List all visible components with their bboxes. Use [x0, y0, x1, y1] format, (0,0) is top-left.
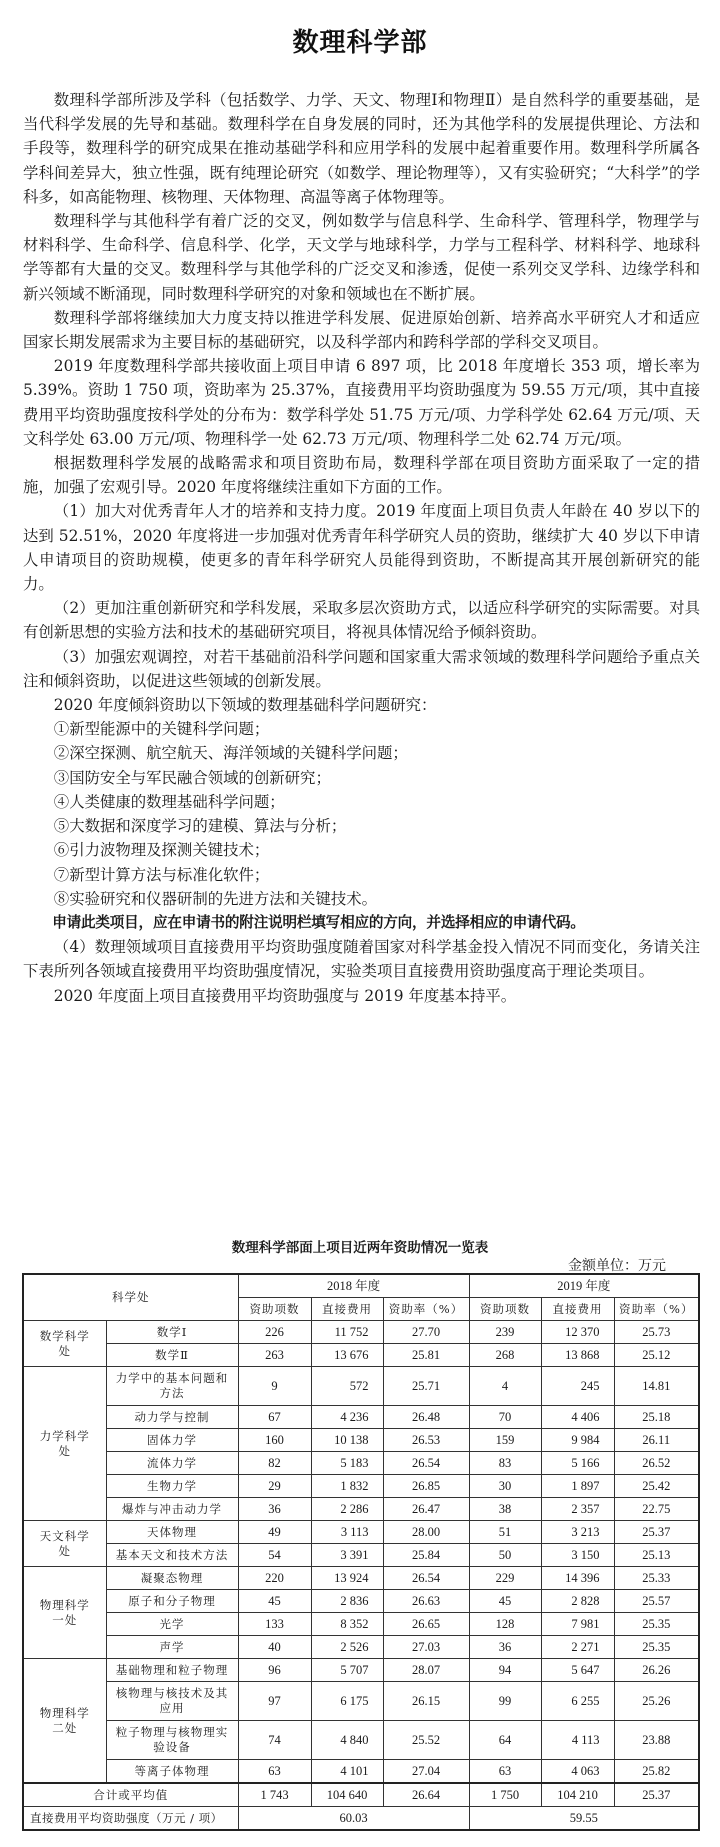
value-cell: 4: [469, 1367, 541, 1406]
value-cell: 2 828: [541, 1590, 614, 1613]
table-row: 天文科学处天体物理493 11328.00513 21325.37: [23, 1521, 699, 1544]
value-cell: 64: [469, 1721, 541, 1760]
division-cell: 数学科学处: [23, 1321, 106, 1367]
paragraph: 根据数理科学发展的战略需求和项目资助布局，数理科学部在项目资助方面采取了一定的措…: [23, 451, 700, 499]
header-year-2019: 2019 年度: [469, 1274, 699, 1298]
value-cell: 94: [469, 1659, 541, 1682]
header-division: 科学处: [23, 1274, 238, 1321]
list-item: ④人类健康的数理基础科学问题；: [23, 790, 700, 814]
value-cell: 5 707: [311, 1659, 383, 1682]
division-cell: 物理科学二处: [23, 1659, 106, 1784]
list-item: ③国防安全与军民融合领域的创新研究；: [23, 766, 700, 790]
value-cell: 263: [238, 1344, 311, 1367]
list-item: 2020 年度倾斜资助以下领域的数理基础科学问题研究：: [23, 693, 700, 717]
value-cell: 26.11: [614, 1429, 699, 1452]
value-cell: 28.07: [383, 1659, 469, 1682]
total-label: 合计或平均值: [23, 1783, 238, 1807]
value-cell: 26.47: [383, 1498, 469, 1521]
discipline-cell: 天体物理: [106, 1521, 238, 1544]
value-cell: 54: [238, 1544, 311, 1567]
value-cell: 29: [238, 1475, 311, 1498]
table-row: 物理科学二处基础物理和粒子物理965 70728.07945 64726.26: [23, 1659, 699, 1682]
discipline-cell: 流体力学: [106, 1452, 238, 1475]
value-cell: 239: [469, 1321, 541, 1344]
value-cell: 82: [238, 1452, 311, 1475]
value-cell: 27.70: [383, 1321, 469, 1344]
value-cell: 1 897: [541, 1475, 614, 1498]
table-row: 流体力学825 18326.54835 16626.52: [23, 1452, 699, 1475]
value-cell: 96: [238, 1659, 311, 1682]
table-row: 数学科学处数学Ⅰ22611 75227.7023912 37025.73: [23, 1321, 699, 1344]
value-cell: 220: [238, 1567, 311, 1590]
table-row: 爆炸与冲击动力学362 28626.47382 35722.75: [23, 1498, 699, 1521]
intensity-2018: 60.03: [238, 1807, 469, 1831]
value-cell: 2 286: [311, 1498, 383, 1521]
paragraph: 数理科学部所涉及学科（包括数学、力学、天文、物理Ⅰ和物理Ⅱ）是自然科学的重要基础…: [23, 88, 700, 209]
value-cell: 5 166: [541, 1452, 614, 1475]
value-cell: 26.26: [614, 1659, 699, 1682]
discipline-cell: 基本天文和技术方法: [106, 1544, 238, 1567]
value-cell: 2 836: [311, 1590, 383, 1613]
table-row: 声学402 52627.03362 27125.35: [23, 1636, 699, 1659]
value-cell: 36: [238, 1498, 311, 1521]
discipline-cell: 粒子物理与核物理实验设备: [106, 1721, 238, 1760]
value-cell: 63: [469, 1760, 541, 1784]
total-value: 26.64: [383, 1783, 469, 1807]
value-cell: 3 391: [311, 1544, 383, 1567]
header-col: 直接费用: [541, 1298, 614, 1321]
value-cell: 25.81: [383, 1344, 469, 1367]
value-cell: 23.88: [614, 1721, 699, 1760]
header-col: 直接费用: [311, 1298, 383, 1321]
list-item: ⑤大数据和深度学习的建模、算法与分析；: [23, 814, 700, 838]
value-cell: 6 255: [541, 1682, 614, 1721]
header-col: 资助率（%）: [614, 1298, 699, 1321]
discipline-cell: 数学Ⅰ: [106, 1321, 238, 1344]
value-cell: 4 840: [311, 1721, 383, 1760]
value-cell: 5 183: [311, 1452, 383, 1475]
discipline-cell: 等离子体物理: [106, 1760, 238, 1784]
value-cell: 25.26: [614, 1682, 699, 1721]
table-row: 数学Ⅱ26313 67625.8126813 86825.12: [23, 1344, 699, 1367]
discipline-cell: 原子和分子物理: [106, 1590, 238, 1613]
table-title: 数理科学部面上项目近两年资助情况一览表: [0, 1236, 720, 1256]
value-cell: 26.65: [383, 1613, 469, 1636]
value-cell: 3 150: [541, 1544, 614, 1567]
value-cell: 25.18: [614, 1406, 699, 1429]
value-cell: 27.04: [383, 1760, 469, 1784]
table-header-row: 科学处 2018 年度 2019 年度: [23, 1274, 699, 1298]
list-item: ⑦新型计算方法与标准化软件；: [23, 863, 700, 887]
paragraph: （1）加大对优秀青年人才的培养和支持力度。2019 年度面上项目负责人年龄在 4…: [23, 499, 700, 596]
discipline-cell: 固体力学: [106, 1429, 238, 1452]
value-cell: 8 352: [311, 1613, 383, 1636]
paragraph: （3）加强宏观调控，对若干基础前沿科学问题和国家重大需求领域的数理科学问题给予重…: [23, 645, 700, 693]
value-cell: 7 981: [541, 1613, 614, 1636]
value-cell: 25.73: [614, 1321, 699, 1344]
value-cell: 97: [238, 1682, 311, 1721]
division-cell: 天文科学处: [23, 1521, 106, 1567]
discipline-cell: 核物理与核技术及其应用: [106, 1682, 238, 1721]
value-cell: 27.03: [383, 1636, 469, 1659]
value-cell: 26.54: [383, 1452, 469, 1475]
list-item: ①新型能源中的关键科学问题；: [23, 717, 700, 741]
value-cell: 25.33: [614, 1567, 699, 1590]
table-row: 原子和分子物理452 83626.63452 82825.57: [23, 1590, 699, 1613]
value-cell: 25.57: [614, 1590, 699, 1613]
value-cell: 245: [541, 1367, 614, 1406]
value-cell: 14.81: [614, 1367, 699, 1406]
list-item: ⑥引力波物理及探测关键技术；: [23, 838, 700, 862]
header-col: 资助项数: [238, 1298, 311, 1321]
value-cell: 50: [469, 1544, 541, 1567]
header-col: 资助率（%）: [383, 1298, 469, 1321]
value-cell: 11 752: [311, 1321, 383, 1344]
total-value: 25.37: [614, 1783, 699, 1807]
value-cell: 4 101: [311, 1760, 383, 1784]
value-cell: 4 113: [541, 1721, 614, 1760]
discipline-cell: 数学Ⅱ: [106, 1344, 238, 1367]
value-cell: 70: [469, 1406, 541, 1429]
body-text: 数理科学部所涉及学科（包括数学、力学、天文、物理Ⅰ和物理Ⅱ）是自然科学的重要基础…: [23, 88, 700, 1008]
division-cell: 力学科学处: [23, 1367, 106, 1521]
value-cell: 26.85: [383, 1475, 469, 1498]
header-col: 资助项数: [469, 1298, 541, 1321]
table-row: 等离子体物理634 10127.04634 06325.82: [23, 1760, 699, 1784]
value-cell: 6 175: [311, 1682, 383, 1721]
value-cell: 2 271: [541, 1636, 614, 1659]
total-row: 合计或平均值1 743104 64026.641 750104 21025.37: [23, 1783, 699, 1807]
value-cell: 26.48: [383, 1406, 469, 1429]
value-cell: 128: [469, 1613, 541, 1636]
value-cell: 26.52: [614, 1452, 699, 1475]
table-row: 固体力学16010 13826.531599 98426.11: [23, 1429, 699, 1452]
value-cell: 2 526: [311, 1636, 383, 1659]
value-cell: 36: [469, 1636, 541, 1659]
intensity-row: 直接费用平均资助强度（万元 / 项）60.0359.55: [23, 1807, 699, 1831]
document-page: 数理科学部 数理科学部所涉及学科（包括数学、力学、天文、物理Ⅰ和物理Ⅱ）是自然科…: [0, 0, 720, 1847]
value-cell: 25.84: [383, 1544, 469, 1567]
value-cell: 45: [238, 1590, 311, 1613]
value-cell: 4 236: [311, 1406, 383, 1429]
value-cell: 10 138: [311, 1429, 383, 1452]
list-item: ②深空探测、航空航天、海洋领域的关键科学问题；: [23, 741, 700, 765]
value-cell: 9 984: [541, 1429, 614, 1452]
value-cell: 133: [238, 1613, 311, 1636]
value-cell: 226: [238, 1321, 311, 1344]
total-value: 1 750: [469, 1783, 541, 1807]
page-title: 数理科学部: [0, 22, 720, 59]
discipline-cell: 动力学与控制: [106, 1406, 238, 1429]
emphasis-note: 申请此类项目，应在申请书的附注说明栏填写相应的方向，并选择相应的申请代码。: [23, 911, 700, 935]
value-cell: 4 406: [541, 1406, 614, 1429]
value-cell: 9: [238, 1367, 311, 1406]
value-cell: 67: [238, 1406, 311, 1429]
value-cell: 160: [238, 1429, 311, 1452]
value-cell: 26.15: [383, 1682, 469, 1721]
value-cell: 2 357: [541, 1498, 614, 1521]
value-cell: 13 676: [311, 1344, 383, 1367]
value-cell: 30: [469, 1475, 541, 1498]
value-cell: 268: [469, 1344, 541, 1367]
table-row: 光学1338 35226.651287 98125.35: [23, 1613, 699, 1636]
list-item: ⑧实验研究和仪器研制的先进方法和关键技术。: [23, 887, 700, 911]
value-cell: 28.00: [383, 1521, 469, 1544]
value-cell: 572: [311, 1367, 383, 1406]
value-cell: 4 063: [541, 1760, 614, 1784]
discipline-cell: 凝聚态物理: [106, 1567, 238, 1590]
value-cell: 38: [469, 1498, 541, 1521]
paragraph: 2019 年度数理科学部共接收面上项目申请 6 897 项，比 2018 年度增…: [23, 354, 700, 451]
value-cell: 26.63: [383, 1590, 469, 1613]
value-cell: 25.35: [614, 1636, 699, 1659]
table-row: 力学科学处力学中的基本问题和方法957225.71424514.81: [23, 1367, 699, 1406]
discipline-cell: 声学: [106, 1636, 238, 1659]
discipline-cell: 生物力学: [106, 1475, 238, 1498]
value-cell: 5 647: [541, 1659, 614, 1682]
value-cell: 99: [469, 1682, 541, 1721]
table-row: 核物理与核技术及其应用976 17526.15996 25525.26: [23, 1682, 699, 1721]
value-cell: 229: [469, 1567, 541, 1590]
value-cell: 63: [238, 1760, 311, 1784]
discipline-cell: 力学中的基本问题和方法: [106, 1367, 238, 1406]
value-cell: 25.52: [383, 1721, 469, 1760]
value-cell: 26.53: [383, 1429, 469, 1452]
value-cell: 22.75: [614, 1498, 699, 1521]
value-cell: 45: [469, 1590, 541, 1613]
paragraph: 数理科学与其他科学有着广泛的交叉，例如数学与信息科学、生命科学、管理科学，物理学…: [23, 209, 700, 306]
funding-table: 科学处 2018 年度 2019 年度 资助项数 直接费用 资助率（%） 资助项…: [22, 1273, 700, 1831]
paragraph: （2）更加注重创新研究和学科发展，采取多层次资助方式，以适应科学研究的实际需要。…: [23, 596, 700, 644]
table-unit: 金额单位：万元: [568, 1255, 666, 1275]
table-row: 生物力学291 83226.85301 89725.42: [23, 1475, 699, 1498]
value-cell: 49: [238, 1521, 311, 1544]
value-cell: 159: [469, 1429, 541, 1452]
value-cell: 83: [469, 1452, 541, 1475]
table-row: 粒子物理与核物理实验设备744 84025.52644 11323.88: [23, 1721, 699, 1760]
paragraph: （4）数理领域项目直接费用平均资助强度随着国家对科学基金投入情况不同而变化，务请…: [23, 935, 700, 983]
paragraph: 2020 年度面上项目直接费用平均资助强度与 2019 年度基本持平。: [23, 984, 700, 1008]
value-cell: 14 396: [541, 1567, 614, 1590]
discipline-cell: 基础物理和粒子物理: [106, 1659, 238, 1682]
value-cell: 13 868: [541, 1344, 614, 1367]
value-cell: 25.35: [614, 1613, 699, 1636]
value-cell: 25.13: [614, 1544, 699, 1567]
value-cell: 25.12: [614, 1344, 699, 1367]
value-cell: 1 832: [311, 1475, 383, 1498]
value-cell: 25.37: [614, 1521, 699, 1544]
discipline-cell: 爆炸与冲击动力学: [106, 1498, 238, 1521]
value-cell: 13 924: [311, 1567, 383, 1590]
paragraph: 数理科学部将继续加大力度支持以推进学科发展、促进原始创新、培养高水平研究人才和适…: [23, 306, 700, 354]
total-value: 1 743: [238, 1783, 311, 1807]
division-cell: 物理科学一处: [23, 1567, 106, 1659]
table-row: 物理科学一处凝聚态物理22013 92426.5422914 39625.33: [23, 1567, 699, 1590]
value-cell: 3 113: [311, 1521, 383, 1544]
table-row: 基本天文和技术方法543 39125.84503 15025.13: [23, 1544, 699, 1567]
intensity-label: 直接费用平均资助强度（万元 / 项）: [23, 1807, 238, 1831]
value-cell: 12 370: [541, 1321, 614, 1344]
value-cell: 25.82: [614, 1760, 699, 1784]
intensity-2019: 59.55: [469, 1807, 699, 1831]
value-cell: 40: [238, 1636, 311, 1659]
value-cell: 25.71: [383, 1367, 469, 1406]
value-cell: 3 213: [541, 1521, 614, 1544]
total-value: 104 210: [541, 1783, 614, 1807]
value-cell: 74: [238, 1721, 311, 1760]
total-value: 104 640: [311, 1783, 383, 1807]
header-year-2018: 2018 年度: [238, 1274, 469, 1298]
value-cell: 25.42: [614, 1475, 699, 1498]
table-row: 动力学与控制674 23626.48704 40625.18: [23, 1406, 699, 1429]
value-cell: 26.54: [383, 1567, 469, 1590]
discipline-cell: 光学: [106, 1613, 238, 1636]
value-cell: 51: [469, 1521, 541, 1544]
